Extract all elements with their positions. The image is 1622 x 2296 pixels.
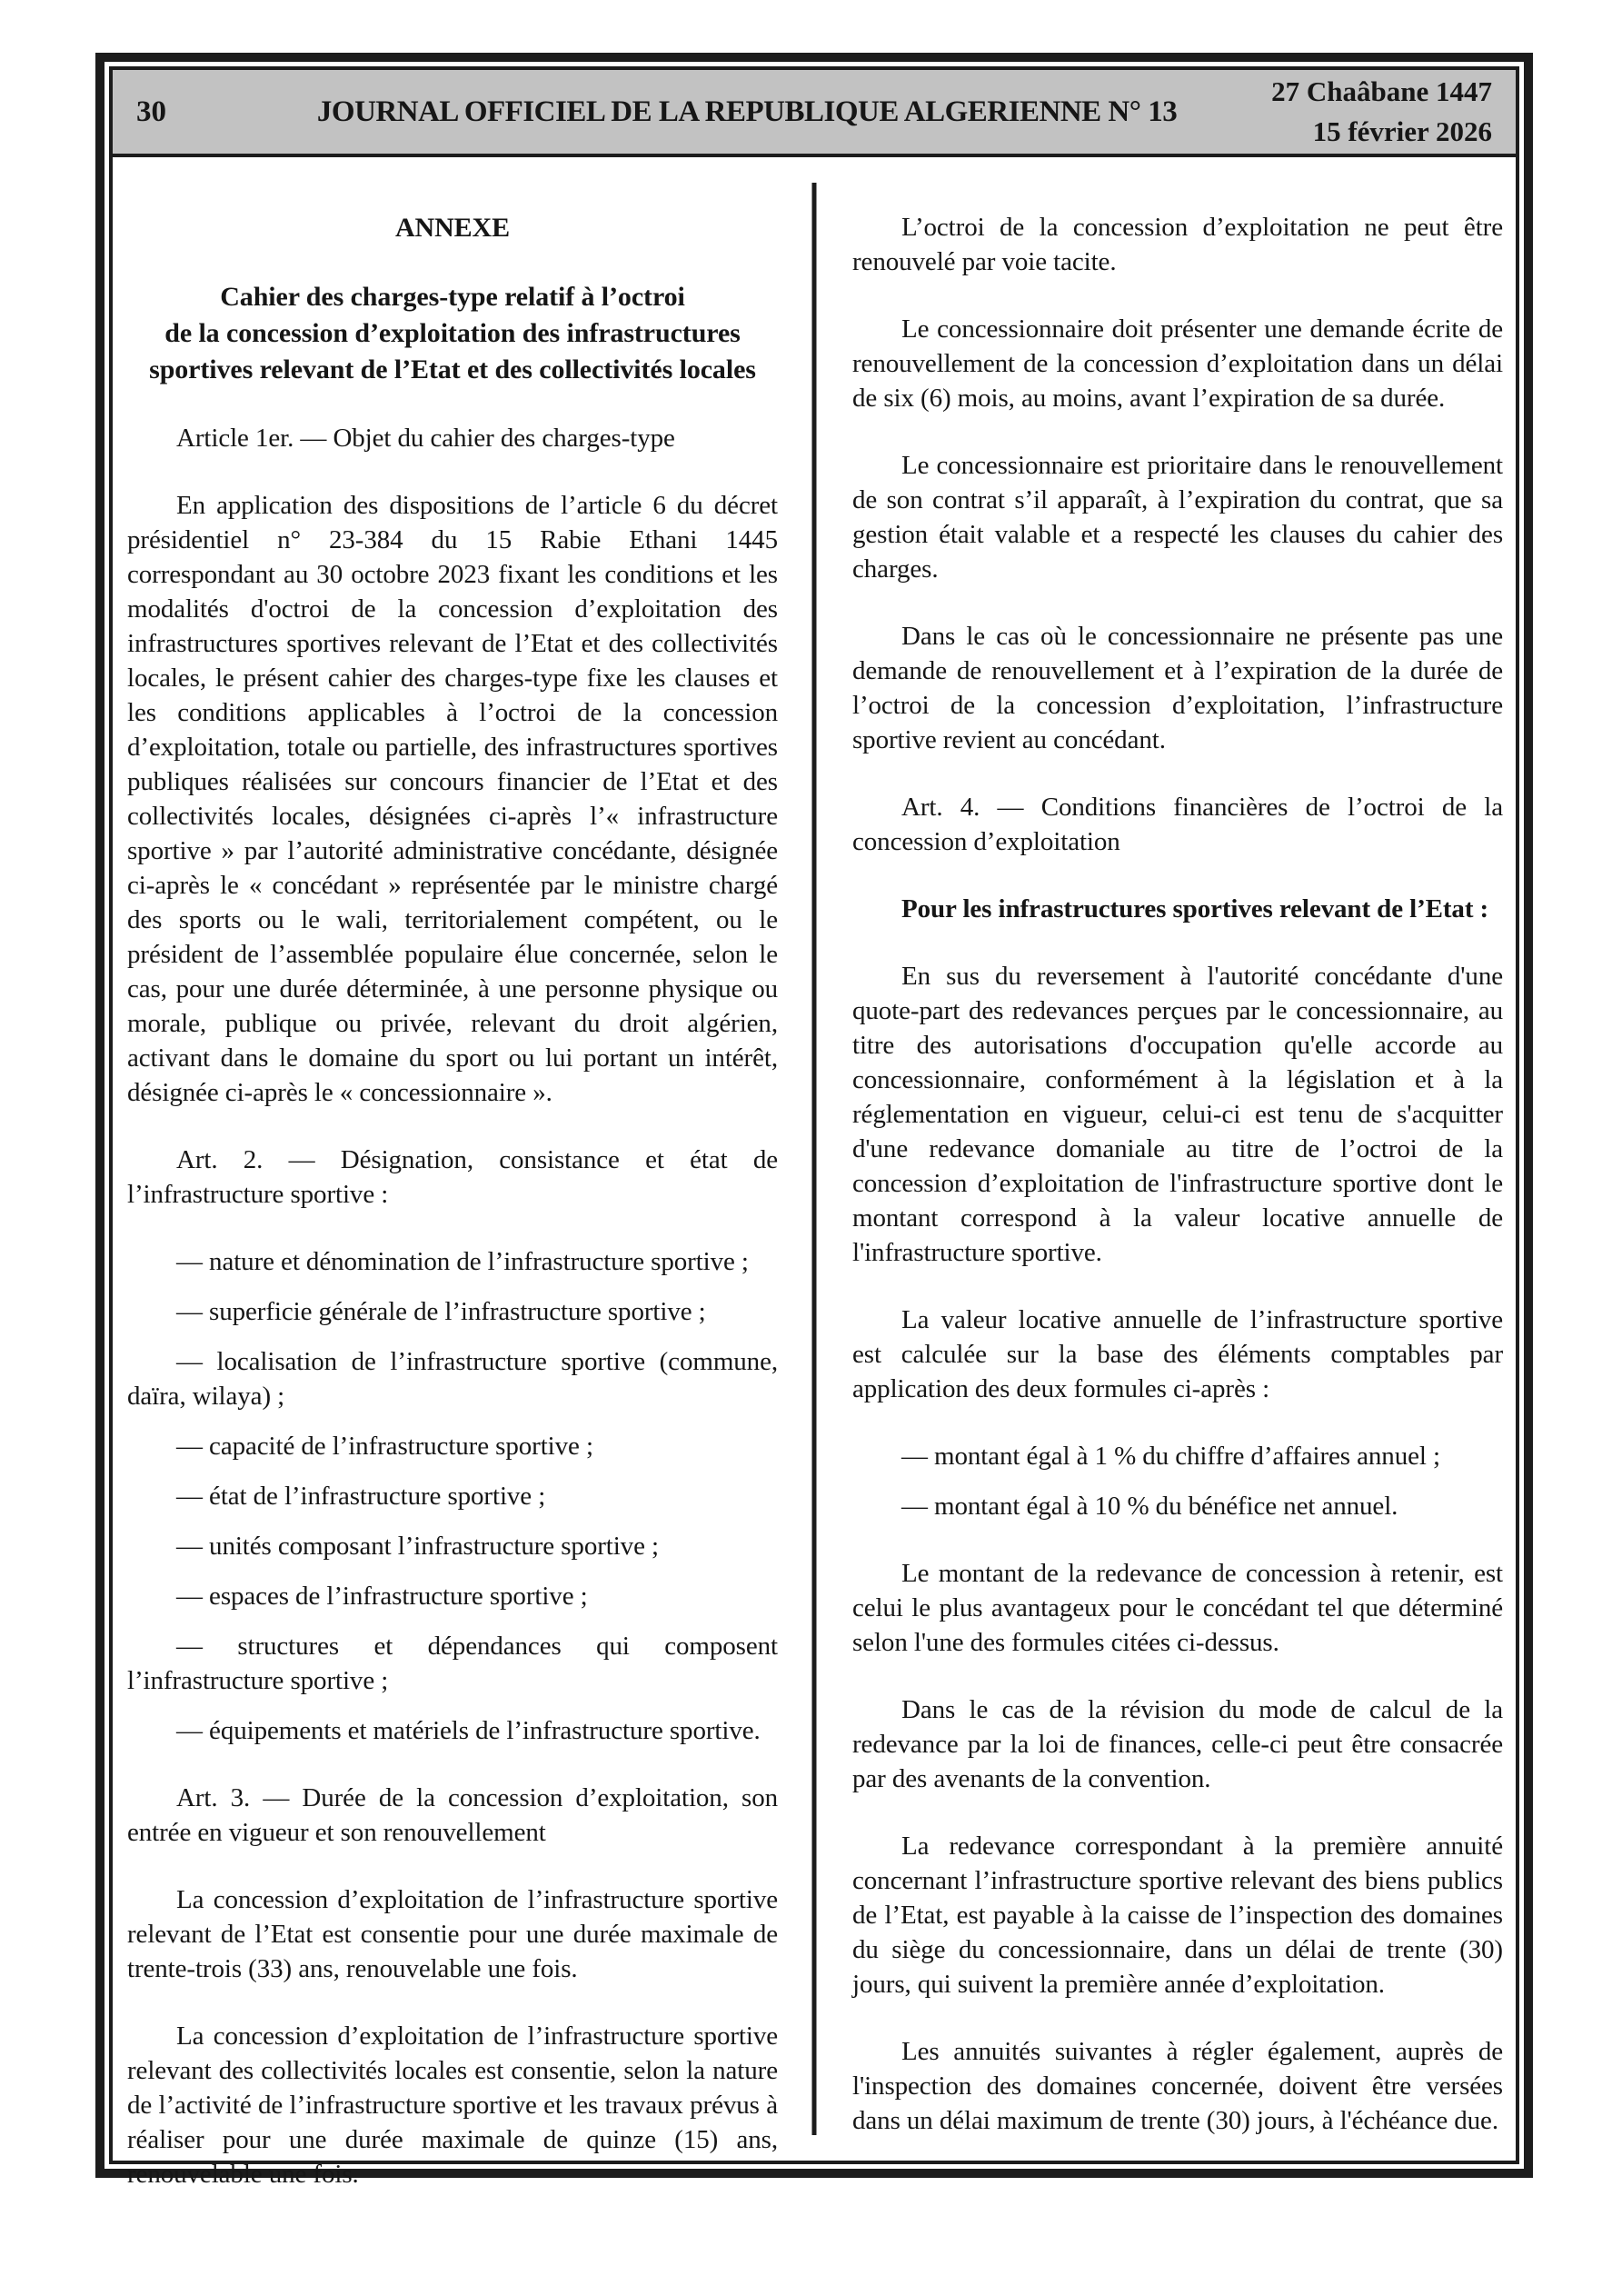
paragraph: La valeur locative annuelle de l’infrast…	[852, 1303, 1503, 1406]
list-item: — montant égal à 1 % du chiffre d’affair…	[852, 1439, 1503, 1473]
list-item: — nature et dénomination de l’infrastruc…	[127, 1244, 778, 1279]
page-number: 30	[136, 95, 223, 129]
right-column: L’octroi de la concession d’exploitation…	[814, 177, 1516, 2224]
paragraph: La redevance correspondant à la première…	[852, 1829, 1503, 2002]
paragraph: Le montant de la redevance de concession…	[852, 1556, 1503, 1660]
state-infrastructures-heading: Pour les infrastructures sportives relev…	[852, 892, 1503, 926]
paragraph: En application des dispositions de l’art…	[127, 488, 778, 1110]
article-1-heading: Article 1er. — Objet du cahier des charg…	[127, 421, 778, 455]
left-column: ANNEXECahier des charges-type relatif à …	[113, 177, 814, 2224]
paragraph: Le concessionnaire doit présenter une de…	[852, 312, 1503, 415]
list-item: — équipements et matériels de l’infrastr…	[127, 1713, 778, 1748]
list-item: — unités composant l’infrastructure spor…	[127, 1529, 778, 1563]
list-item: — structures et dépendances qui composen…	[127, 1629, 778, 1698]
paragraph: Les annuités suivantes à régler égalemen…	[852, 2034, 1503, 2138]
article-2-heading: Art. 2. — Désignation, consistance et ét…	[127, 1143, 778, 1212]
paragraph: L’octroi de la concession d’exploitation…	[852, 210, 1503, 279]
annexe-heading: ANNEXE	[127, 210, 778, 246]
journal-dates: 27 Chaâbane 1447 15 février 2026	[1271, 72, 1492, 152]
article-4-heading: Art. 4. — Conditions financières de l’oc…	[852, 790, 1503, 859]
paragraph: La concession d’exploitation de l’infras…	[127, 1882, 778, 1986]
list-item: — état de l’infrastructure sportive ;	[127, 1479, 778, 1513]
column-divider	[812, 183, 817, 2135]
annex-title: Cahier des charges-type relatif à l’octr…	[127, 279, 778, 388]
list-item: — capacité de l’infrastructure sportive …	[127, 1429, 778, 1463]
article-3-heading: Art. 3. — Durée de la concession d’explo…	[127, 1781, 778, 1850]
paragraph: En sus du reversement à l'autorité concé…	[852, 959, 1503, 1270]
content-columns: ANNEXECahier des charges-type relatif à …	[113, 157, 1516, 2224]
header-band: 30 JOURNAL OFFICIEL DE LA REPUBLIQUE ALG…	[113, 70, 1516, 157]
page-inner-border: 30 JOURNAL OFFICIEL DE LA REPUBLIQUE ALG…	[109, 66, 1519, 2164]
list-item: — superficie générale de l’infrastructur…	[127, 1294, 778, 1329]
date-hijri: 27 Chaâbane 1447	[1271, 72, 1492, 112]
list-item: — espaces de l’infrastructure sportive ;	[127, 1579, 778, 1613]
list-item: — montant égal à 10 % du bénéfice net an…	[852, 1489, 1503, 1523]
paragraph: La concession d’exploitation de l’infras…	[127, 2019, 778, 2191]
paragraph: Dans le cas où le concessionnaire ne pré…	[852, 619, 1503, 757]
journal-title: JOURNAL OFFICIEL DE LA REPUBLIQUE ALGERI…	[223, 95, 1271, 129]
paragraph: Le concessionnaire est prioritaire dans …	[852, 448, 1503, 586]
page-frame: 30 JOURNAL OFFICIEL DE LA REPUBLIQUE ALG…	[95, 53, 1533, 2178]
list-item: — localisation de l’infrastructure sport…	[127, 1344, 778, 1413]
date-gregorian: 15 février 2026	[1271, 112, 1492, 152]
paragraph: Dans le cas de la révision du mode de ca…	[852, 1692, 1503, 1796]
